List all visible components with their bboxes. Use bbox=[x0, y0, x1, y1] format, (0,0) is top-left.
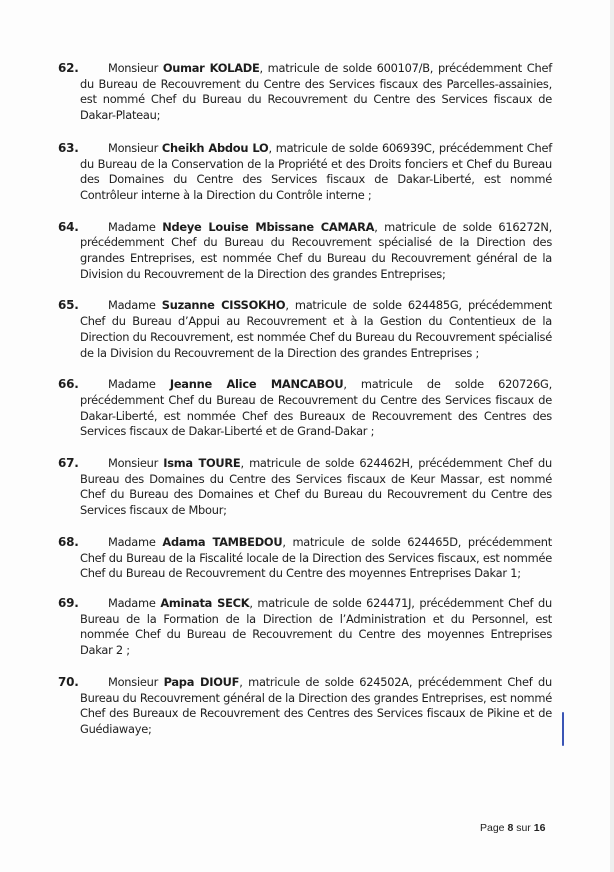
item-number: 66. bbox=[58, 377, 79, 393]
item-number: 65. bbox=[58, 298, 79, 314]
item-number: 62. bbox=[58, 61, 79, 77]
item-title: Monsieur bbox=[108, 141, 158, 155]
margin-pen-mark bbox=[562, 712, 564, 746]
item-title: Monsieur bbox=[108, 61, 158, 75]
item-title: Madame bbox=[108, 220, 156, 234]
item-name: Papa DIOUF bbox=[164, 675, 240, 689]
list-item: 64. Madame Ndeye Louise Mbissane CAMARA,… bbox=[60, 220, 552, 283]
item-name: Suzanne CISSOKHO bbox=[162, 298, 286, 312]
item-number: 67. bbox=[58, 456, 79, 472]
page-label: Page bbox=[480, 822, 505, 834]
item-title: Monsieur bbox=[108, 675, 158, 689]
page-edge bbox=[610, 0, 614, 872]
page-separator: sur bbox=[516, 822, 531, 834]
page-total: 16 bbox=[534, 822, 546, 834]
list-item: 67. Monsieur Isma TOURE, matricule de so… bbox=[60, 456, 552, 519]
list-item: 63. Monsieur Cheikh Abdou LO, matricule … bbox=[60, 141, 552, 204]
item-number: 68. bbox=[58, 535, 79, 551]
item-title: Madame bbox=[108, 535, 156, 549]
item-name: Isma TOURE bbox=[163, 456, 240, 470]
list-item: 62. Monsieur Oumar KOLADE, matricule de … bbox=[60, 61, 552, 124]
list-item: 69. Madame Aminata SECK, matricule de so… bbox=[60, 596, 552, 659]
item-name: Oumar KOLADE bbox=[163, 61, 260, 75]
item-name: Ndeye Louise Mbissane CAMARA bbox=[162, 220, 374, 234]
list-item: 65. Madame Suzanne CISSOKHO, matricule d… bbox=[60, 298, 552, 361]
item-name: Adama TAMBEDOU bbox=[162, 535, 282, 549]
item-title: Monsieur bbox=[108, 456, 158, 470]
item-title: Madame bbox=[108, 596, 156, 610]
page-current: 8 bbox=[507, 822, 513, 834]
item-number: 70. bbox=[58, 675, 79, 691]
item-name: Aminata SECK bbox=[160, 596, 249, 610]
appointment-list: 62. Monsieur Oumar KOLADE, matricule de … bbox=[60, 61, 552, 754]
item-title: Madame bbox=[108, 298, 156, 312]
item-number: 69. bbox=[58, 596, 79, 612]
page-number-footer: Page 8 sur 16 bbox=[480, 822, 545, 834]
item-title: Madame bbox=[108, 377, 156, 391]
list-item: 68. Madame Adama TAMBEDOU, matricule de … bbox=[60, 535, 552, 582]
item-number: 64. bbox=[58, 220, 79, 236]
list-item: 70. Monsieur Papa DIOUF, matricule de so… bbox=[60, 675, 552, 738]
item-number: 63. bbox=[58, 141, 79, 157]
list-item: 66. Madame Jeanne Alice MANCABOU, matric… bbox=[60, 377, 552, 440]
item-name: Cheikh Abdou LO bbox=[162, 141, 269, 155]
item-name: Jeanne Alice MANCABOU bbox=[170, 377, 344, 391]
